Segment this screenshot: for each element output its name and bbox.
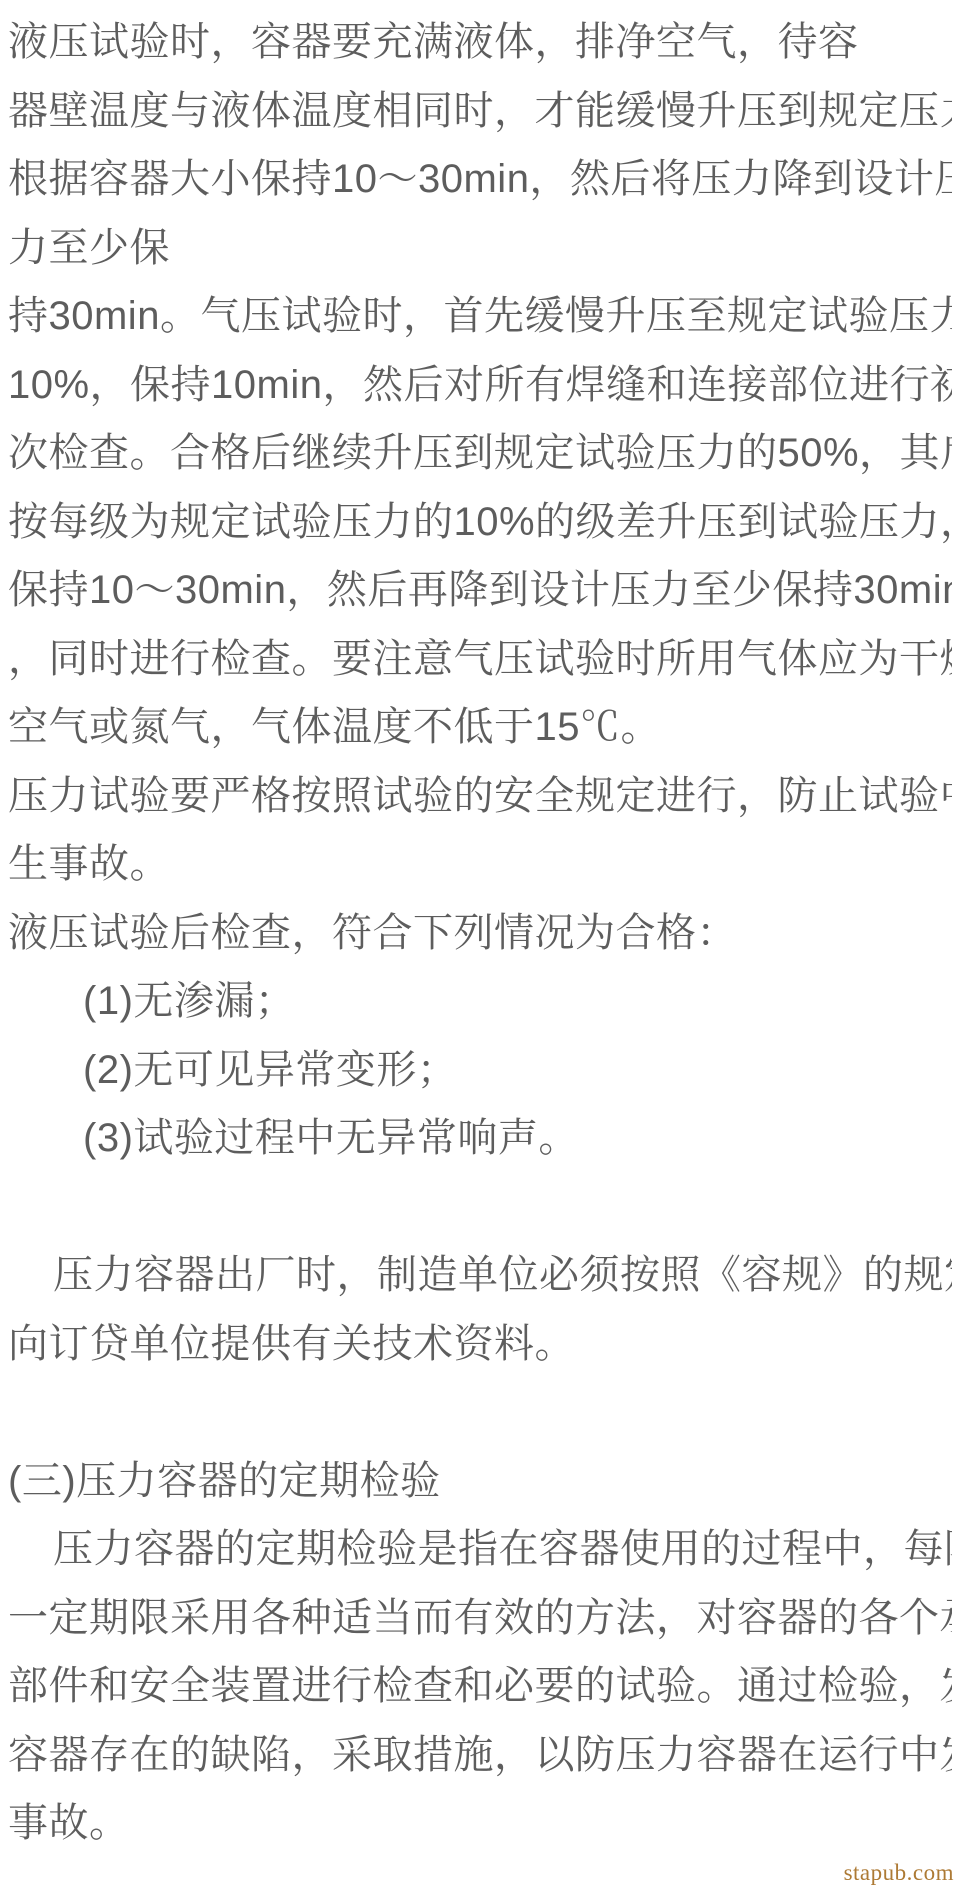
text-line: ，同时进行检查。要注意气压试验时所用气体应为干燥的: [8, 625, 952, 694]
document-page: 液压试验时，容器要充满液体，排净空气，待容器壁温度与液体温度相同时，才能缓慢升压…: [0, 0, 960, 1890]
text-line: 保持10～30min，然后再降到设计压力至少保持30min: [8, 556, 952, 625]
text-line: 压力容器出厂时，制造单位必须按照《容规》的规定: [8, 1241, 952, 1310]
site-watermark: stapub.com: [844, 1860, 954, 1886]
text-line: (2)无可见异常变形；: [8, 1036, 952, 1105]
text-line: 液压试验时，容器要充满液体，排净空气，待容: [8, 8, 952, 77]
text-line: 持30min。气压试验时，首先缓慢升压至规定试验压力的: [8, 282, 952, 351]
text-line: 压力容器的定期检验是指在容器使用的过程中，每隔: [8, 1515, 952, 1584]
text-line: 向订贷单位提供有关技术资料。: [8, 1310, 952, 1379]
text-line: 压力试验要严格按照试验的安全规定进行，防止试验中发: [8, 762, 952, 831]
text-line: 容器存在的缺陷，采取措施，以防压力容器在运行中发生: [8, 1721, 952, 1790]
text-line: 按每级为规定试验压力的10%的级差升压到试验压力，: [8, 488, 952, 557]
text-line: (三)压力容器的定期检验: [8, 1447, 952, 1516]
text-line: 事故。: [8, 1789, 952, 1858]
text-line: 液压试验后检查，符合下列情况为合格：: [8, 899, 952, 968]
text-line: 次检查。合格后继续升压到规定试验压力的50%，其后: [8, 419, 952, 488]
text-line: 根据容器大小保持10～30min，然后将压力降到设计压: [8, 145, 952, 214]
text-line: 力至少保: [8, 214, 952, 283]
text-line: 部件和安全装置进行检查和必要的试验。通过检验，发现: [8, 1652, 952, 1721]
text-line: 器壁温度与液体温度相同时，才能缓慢升压到规定压力，: [8, 77, 952, 146]
blank-line: [8, 1173, 952, 1242]
text-line: 一定期限采用各种适当而有效的方法，对容器的各个承压: [8, 1584, 952, 1653]
text-line: 10%，保持10min，然后对所有焊缝和连接部位进行初: [8, 351, 952, 420]
blank-line: [8, 1378, 952, 1447]
text-line: (3)试验过程中无异常响声。: [8, 1104, 952, 1173]
text-line: 生事故。: [8, 830, 952, 899]
article-body: 液压试验时，容器要充满液体，排净空气，待容器壁温度与液体温度相同时，才能缓慢升压…: [8, 8, 952, 1858]
text-line: (1)无渗漏；: [8, 967, 952, 1036]
text-line: 空气或氮气，气体温度不低于15℃。: [8, 693, 952, 762]
